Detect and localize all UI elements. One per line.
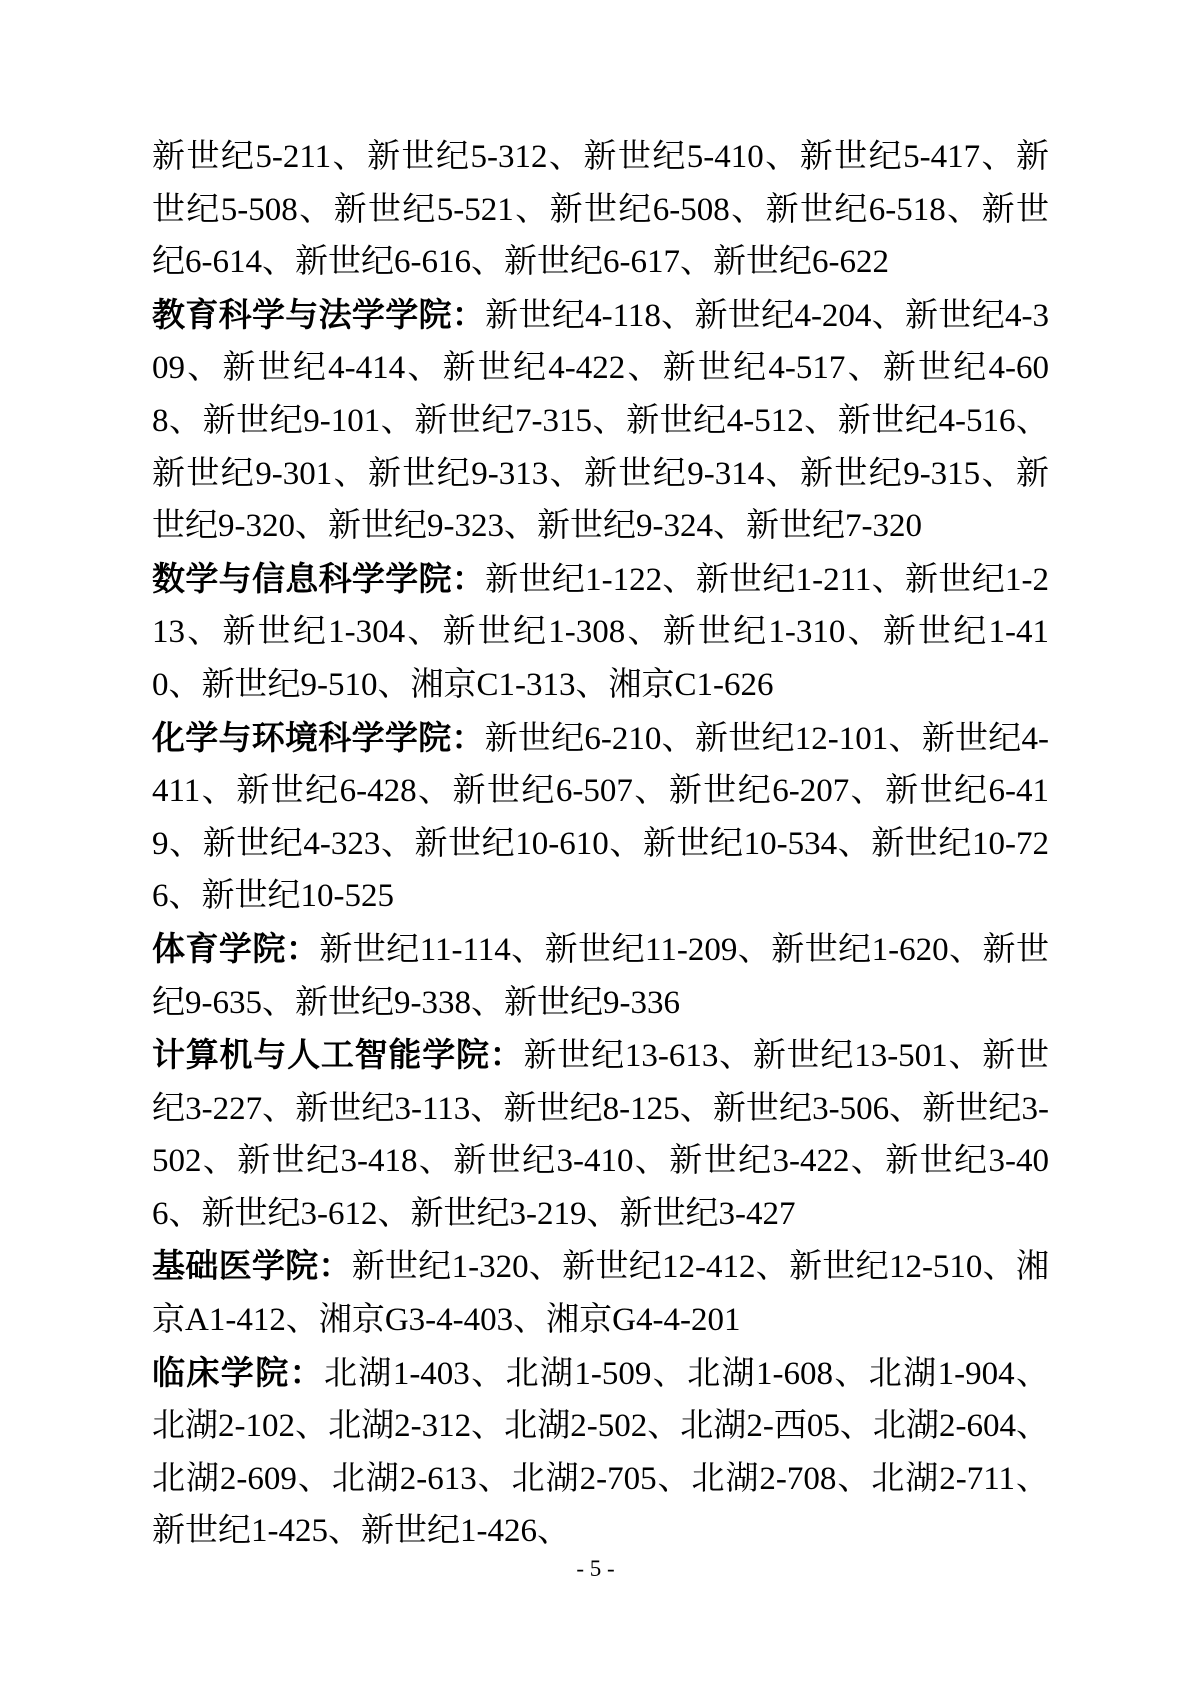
- paragraph-clinical-college: 临床学院：北湖1-403、北湖1-509、北湖1-608、北湖1-904、北湖2…: [152, 1347, 1049, 1558]
- paragraph-basic-medicine-college: 基础医学院：新世纪1-320、新世纪12-412、新世纪12-510、湘京A1-…: [152, 1240, 1049, 1346]
- college-name: 计算机与人工智能学院：: [152, 1036, 524, 1073]
- college-name: 教育科学与法学学院：: [152, 296, 485, 333]
- document-body: 新世纪5-211、新世纪5-312、新世纪5-410、新世纪5-417、新世纪5…: [152, 130, 1049, 1558]
- paragraph-physical-education-college: 体育学院：新世纪11-114、新世纪11-209、新世纪1-620、新世纪9-6…: [152, 923, 1049, 1029]
- page-number: - 5 -: [0, 1556, 1191, 1582]
- document-page: 新世纪5-211、新世纪5-312、新世纪5-410、新世纪5-417、新世纪5…: [0, 0, 1191, 1684]
- paragraph-computer-ai-college: 计算机与人工智能学院：新世纪13-613、新世纪13-501、新世纪3-227、…: [152, 1029, 1049, 1240]
- paragraph-chem-env-college: 化学与环境科学学院：新世纪6-210、新世纪12-101、新世纪4-411、新世…: [152, 712, 1049, 923]
- college-name: 化学与环境科学学院：: [152, 719, 485, 756]
- classroom-list: 新世纪5-211、新世纪5-312、新世纪5-410、新世纪5-417、新世纪5…: [152, 139, 1049, 280]
- classroom-list: 新世纪4-118、新世纪4-204、新世纪4-309、新世纪4-414、新世纪4…: [152, 298, 1049, 544]
- college-name: 数学与信息科学学院：: [152, 560, 485, 597]
- college-name: 基础医学院：: [152, 1247, 352, 1284]
- paragraph-continuation: 新世纪5-211、新世纪5-312、新世纪5-410、新世纪5-417、新世纪5…: [152, 130, 1049, 289]
- college-name: 体育学院：: [152, 930, 319, 967]
- college-name: 临床学院：: [152, 1354, 324, 1391]
- paragraph-education-law-college: 教育科学与法学学院：新世纪4-118、新世纪4-204、新世纪4-309、新世纪…: [152, 289, 1049, 553]
- paragraph-math-info-college: 数学与信息科学学院：新世纪1-122、新世纪1-211、新世纪1-213、新世纪…: [152, 553, 1049, 712]
